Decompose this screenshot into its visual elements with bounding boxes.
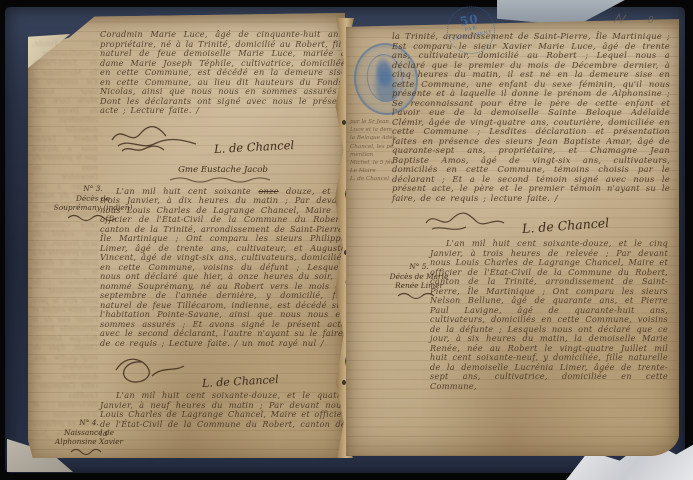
margin-note-act4: N° 4. Naissance de Alphonsine Xavier (30, 418, 148, 455)
act-number: N° 3. (34, 184, 152, 194)
margin-line: Alphonsine Xavier (30, 437, 148, 447)
marginal-mention: par le Sr Jean Luce et la dem. la Beloqu… (350, 118, 394, 184)
margin-line: Renée Limer (380, 281, 458, 291)
mention-line: Luce et la dem. (350, 126, 394, 134)
margin-line: Souprémany (indien) (34, 203, 152, 213)
binding-hole (342, 120, 346, 125)
register-scan: la Trinité, arrondissement de Saint-Pier… (0, 0, 693, 480)
right-page-text-column: la Trinité, arrondissement de Saint-Pier… (392, 32, 670, 391)
margin-note-act3: N° 3. Décès de Souprémany (indien) (34, 184, 152, 221)
signature-underline (168, 177, 278, 183)
signature-chancel: L. de Chancel (522, 215, 610, 236)
act2-closing-text: Coradmin Marie Luce, âgé de cinquante-hu… (100, 30, 346, 116)
margin-line: Décès de (34, 194, 152, 204)
act5-text: L'an mil huit cent soixante-douze, et le… (430, 239, 668, 391)
mention-line: mention (350, 151, 394, 159)
signature-chancel: L. de Chancel (202, 373, 279, 390)
signature-jacob: Gme Eustache Jacob (178, 165, 268, 175)
act4-continuation-text: la Trinité, arrondissement de Saint-Pier… (392, 32, 670, 203)
mention-line: par le Sr Jean (350, 118, 394, 126)
mention-line: Chancel, les père (350, 143, 394, 151)
act3-struck-word: onze (258, 186, 278, 196)
margin-squiggle (396, 292, 442, 299)
left-page-text-column: Coradmin Marie Luce, âgé de cinquante-hu… (100, 30, 346, 439)
pencil-mark (612, 12, 628, 26)
act4-signatures: L. de Chancel (422, 207, 670, 233)
signature-flourish (108, 120, 200, 154)
act-number: N° 5. (380, 262, 458, 272)
act3-signatures: L. de Chancel (108, 352, 346, 388)
signature-flourish (422, 207, 508, 233)
margin-squiggle (66, 214, 120, 221)
margin-line: Décès de Marie (380, 272, 458, 282)
binding-hole (342, 380, 346, 385)
signature-flourish (108, 352, 188, 388)
margin-note-act5: N° 5. Décès de Marie Renée Limer (380, 262, 458, 299)
mention-line: L. de Chancel (350, 175, 394, 183)
act2-signatures: L. de Chancel (108, 120, 346, 154)
mention-line: la Beloque Adél. (350, 134, 394, 142)
margin-line: Naissance de (30, 428, 148, 438)
mention-line: Le Maire (350, 167, 394, 175)
act-number: N° 4. (30, 418, 148, 428)
signature-jacob-wrap: Gme Eustache Jacob (100, 157, 346, 183)
signature-chancel: L. de Chancel (214, 137, 295, 155)
margin-squiggle (69, 448, 109, 455)
mention-line: Michel, le 5 fév. (350, 159, 394, 167)
pencil-page-number: 8 (648, 16, 654, 26)
